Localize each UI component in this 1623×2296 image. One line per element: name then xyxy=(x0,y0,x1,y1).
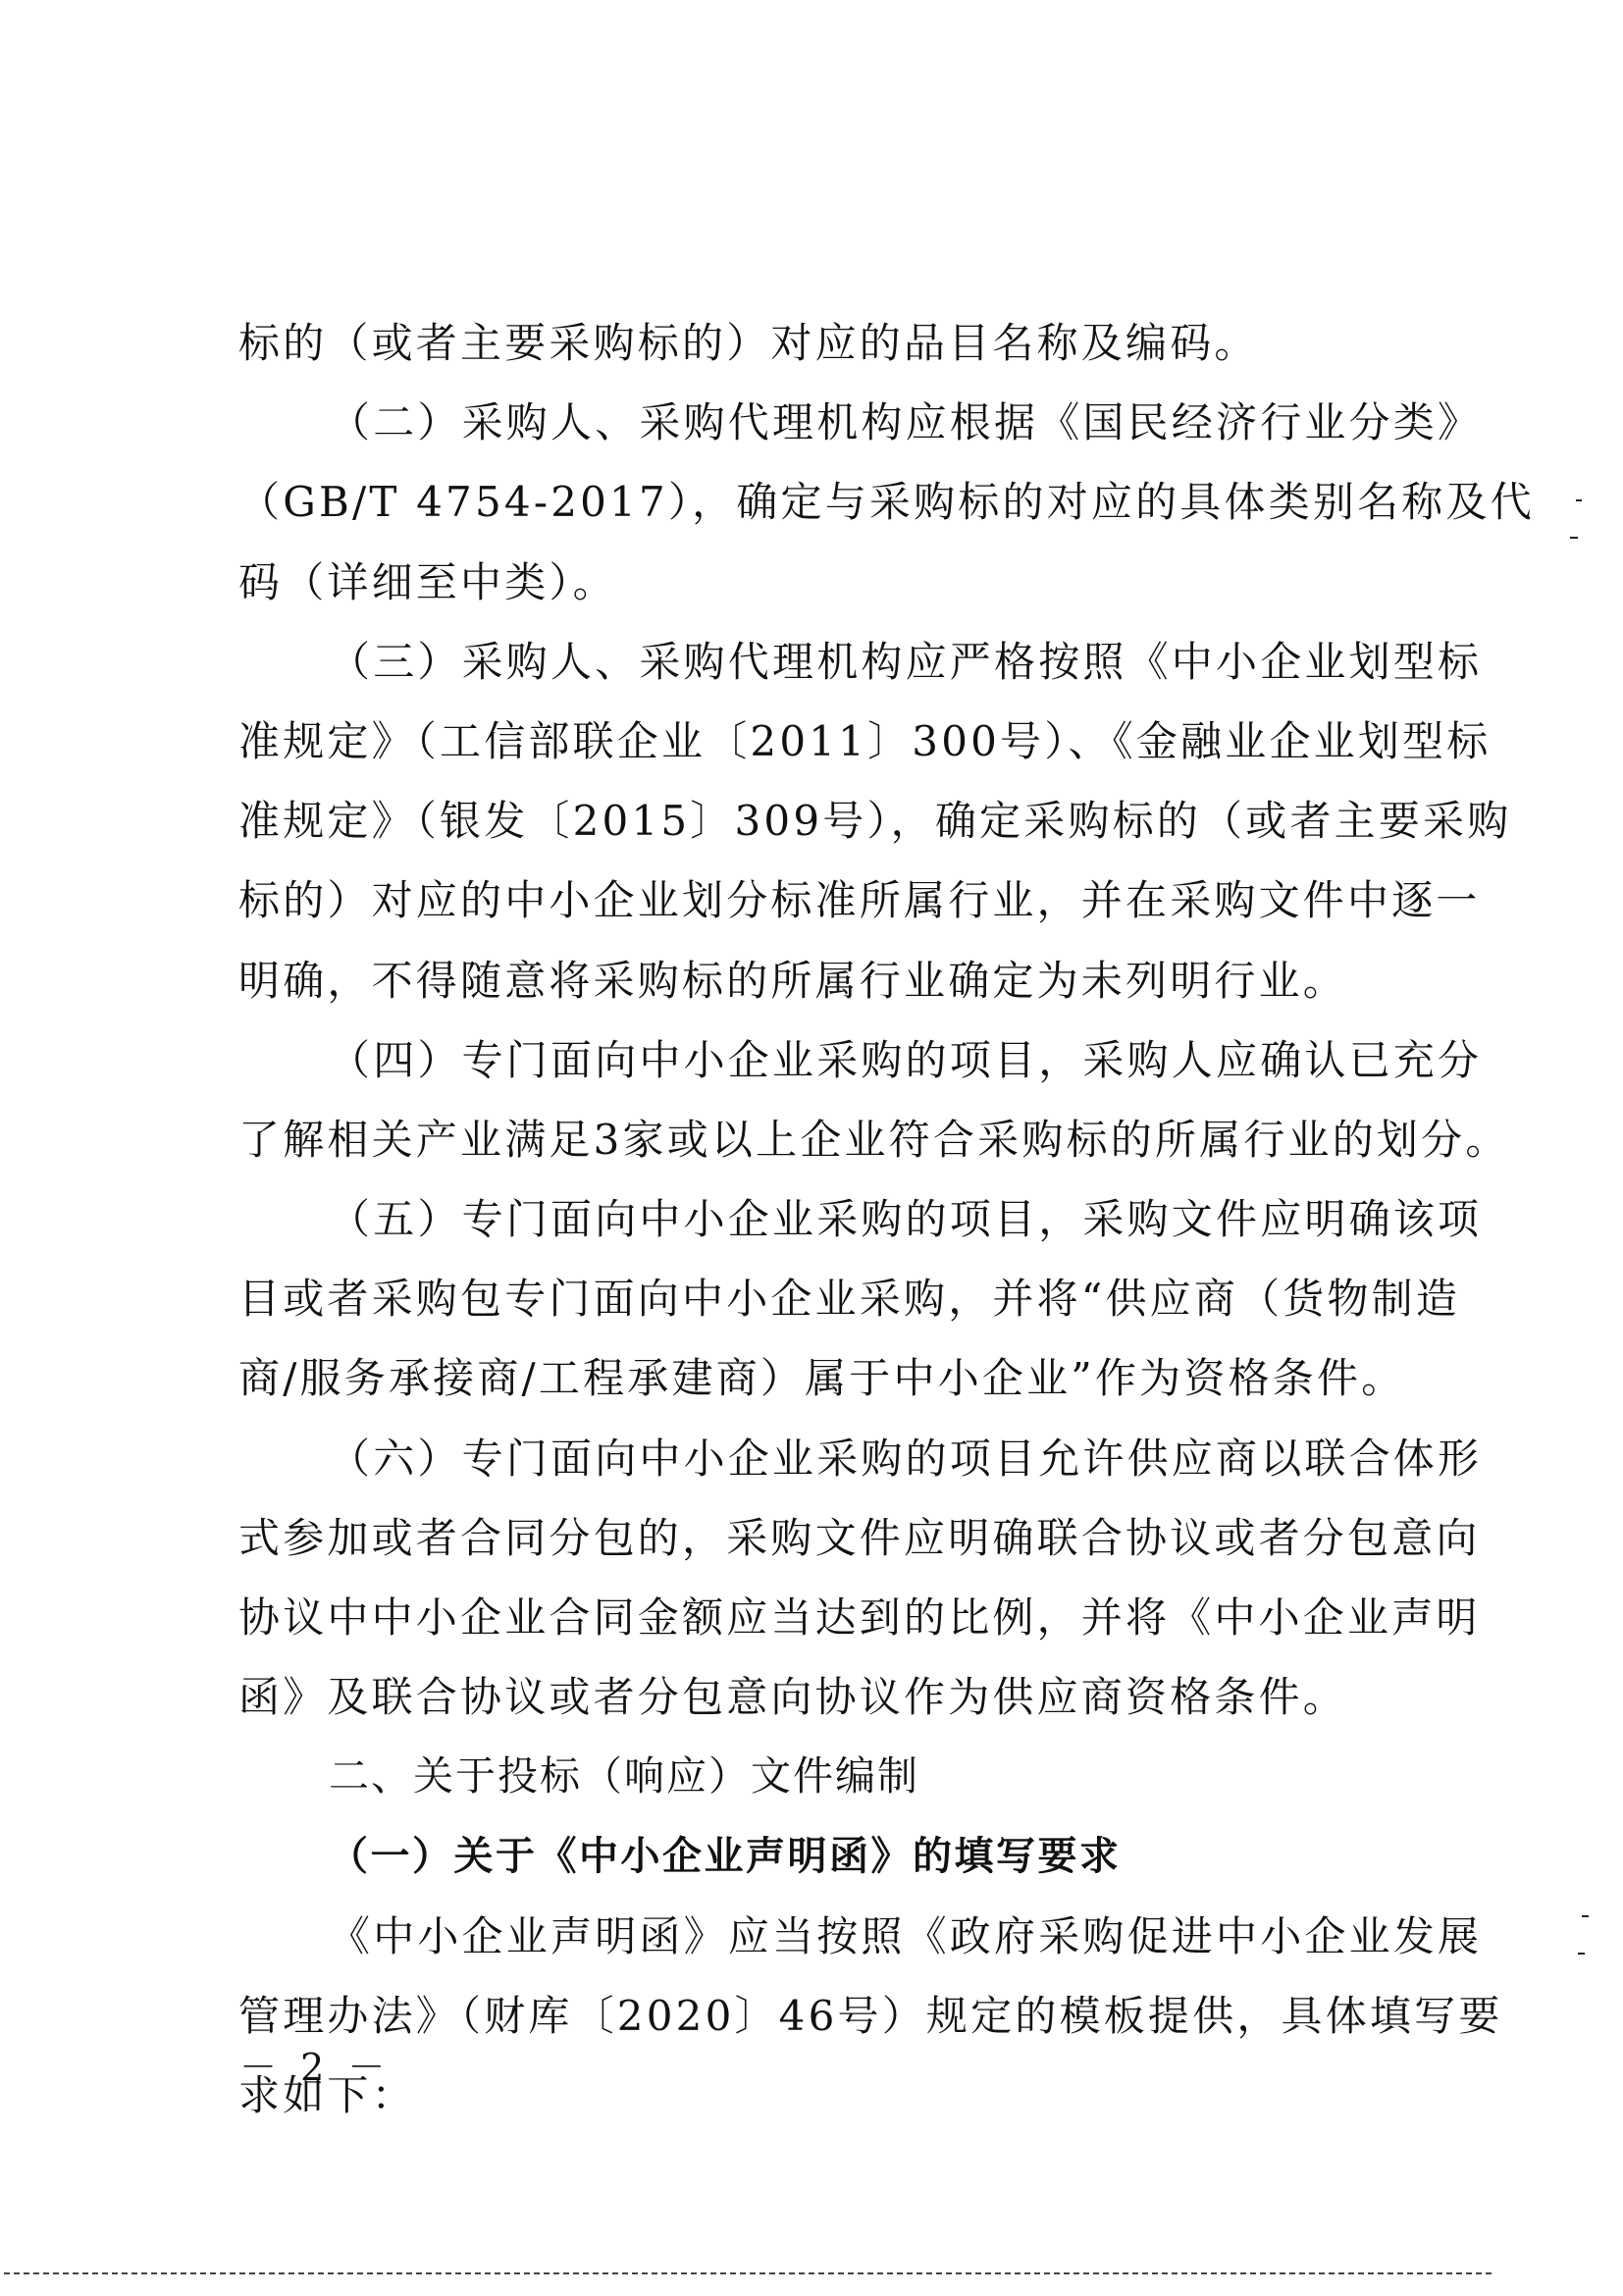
text-line: （四）专门面向中小企业采购的项目，采购人应确认已充分 xyxy=(238,1020,1416,1100)
text-line: （三）采购人、采购代理机构应严格按照《中小企业划型标 xyxy=(238,622,1416,702)
page-number: － 2 － xyxy=(239,2037,391,2091)
text-line: 准规定》（银发〔2015〕309号），确定采购标的（或者主要采购 xyxy=(238,781,1416,861)
document-body: 标的（或者主要采购标的）对应的品目名称及编码。 （二）采购人、采购代理机构应根据… xyxy=(238,303,1416,2135)
text-line: （五）专门面向中小企业采购的项目，采购文件应明确该项 xyxy=(238,1179,1416,1259)
paragraph-item-3: （三）采购人、采购代理机构应严格按照《中小企业划型标 准规定》（工信部联企业〔2… xyxy=(238,622,1416,1020)
text-line: 标的）对应的中小企业划分标准所属行业，并在采购文件中逐一 xyxy=(238,861,1416,940)
scan-mark xyxy=(1570,537,1578,539)
paragraph-item-4: （四）专门面向中小企业采购的项目，采购人应确认已充分 了解相关产业满足3家或以上… xyxy=(238,1020,1416,1179)
section-heading: 二、关于投标（响应）文件编制 xyxy=(238,1737,1416,1816)
text-line: 准规定》（工信部联企业〔2011〕300号）、《金融业企业划型标 xyxy=(238,702,1416,781)
scan-mark xyxy=(1582,1915,1589,1917)
text-line: 商/服务承接商/工程承建商）属于中小企业”作为资格条件。 xyxy=(238,1338,1416,1418)
paragraph-item-5: （五）专门面向中小企业采购的项目，采购文件应明确该项 目或者采购包专门面向中小企… xyxy=(238,1179,1416,1419)
text-line: （六）专门面向中小企业采购的项目允许供应商以联合体形 xyxy=(238,1419,1416,1498)
paragraph-closing: 《中小企业声明函》应当按照《政府采购促进中小企业发展 管理办法》（财库〔2020… xyxy=(238,1897,1416,2136)
text-line: 协议中中小企业合同金额应当达到的比例，并将《中小企业声明 xyxy=(238,1578,1416,1657)
subsection-heading: （一）关于《中小企业声明函》的填写要求 xyxy=(238,1817,1416,1897)
text-line: 管理办法》（财库〔2020〕46号）规定的模板提供，具体填写要 xyxy=(238,1976,1416,2056)
text-line: 明确，不得随意将采购标的所属行业确定为未列明行业。 xyxy=(238,941,1416,1020)
text-line: （GB/T 4754-2017），确定与采购标的对应的具体类别名称及代 xyxy=(238,462,1416,542)
text-line: 函》及联合协议或者分包意向协议作为供应商资格条件。 xyxy=(238,1657,1416,1737)
paragraph-intro-continuation: 标的（或者主要采购标的）对应的品目名称及编码。 xyxy=(238,303,1416,383)
scan-mark xyxy=(1578,1953,1585,1955)
paragraph-item-2: （二）采购人、采购代理机构应根据《国民经济行业分类》 （GB/T 4754-20… xyxy=(238,383,1416,622)
paragraph-item-6: （六）专门面向中小企业采购的项目允许供应商以联合体形 式参加或者合同分包的，采购… xyxy=(238,1419,1416,1738)
text-line: 求如下： xyxy=(238,2056,1416,2135)
text-line: （二）采购人、采购代理机构应根据《国民经济行业分类》 xyxy=(238,383,1416,462)
text-line: 目或者采购包专门面向中小企业采购，并将“供应商（货物制造 xyxy=(238,1259,1416,1338)
document-page: 标的（或者主要采购标的）对应的品目名称及编码。 （二）采购人、采购代理机构应根据… xyxy=(0,0,1623,2296)
text-line: 了解相关产业满足3家或以上企业符合采购标的所属行业的划分。 xyxy=(238,1100,1416,1179)
text-line: 标的（或者主要采购标的）对应的品目名称及编码。 xyxy=(238,303,1416,383)
scan-mark xyxy=(1576,499,1582,501)
scan-edge-rule xyxy=(4,2272,1492,2274)
text-line: 式参加或者合同分包的，采购文件应明确联合协议或者分包意向 xyxy=(238,1498,1416,1578)
text-line: 《中小企业声明函》应当按照《政府采购促进中小企业发展 xyxy=(238,1897,1416,1976)
text-line: 码（详细至中类）。 xyxy=(238,543,1416,622)
